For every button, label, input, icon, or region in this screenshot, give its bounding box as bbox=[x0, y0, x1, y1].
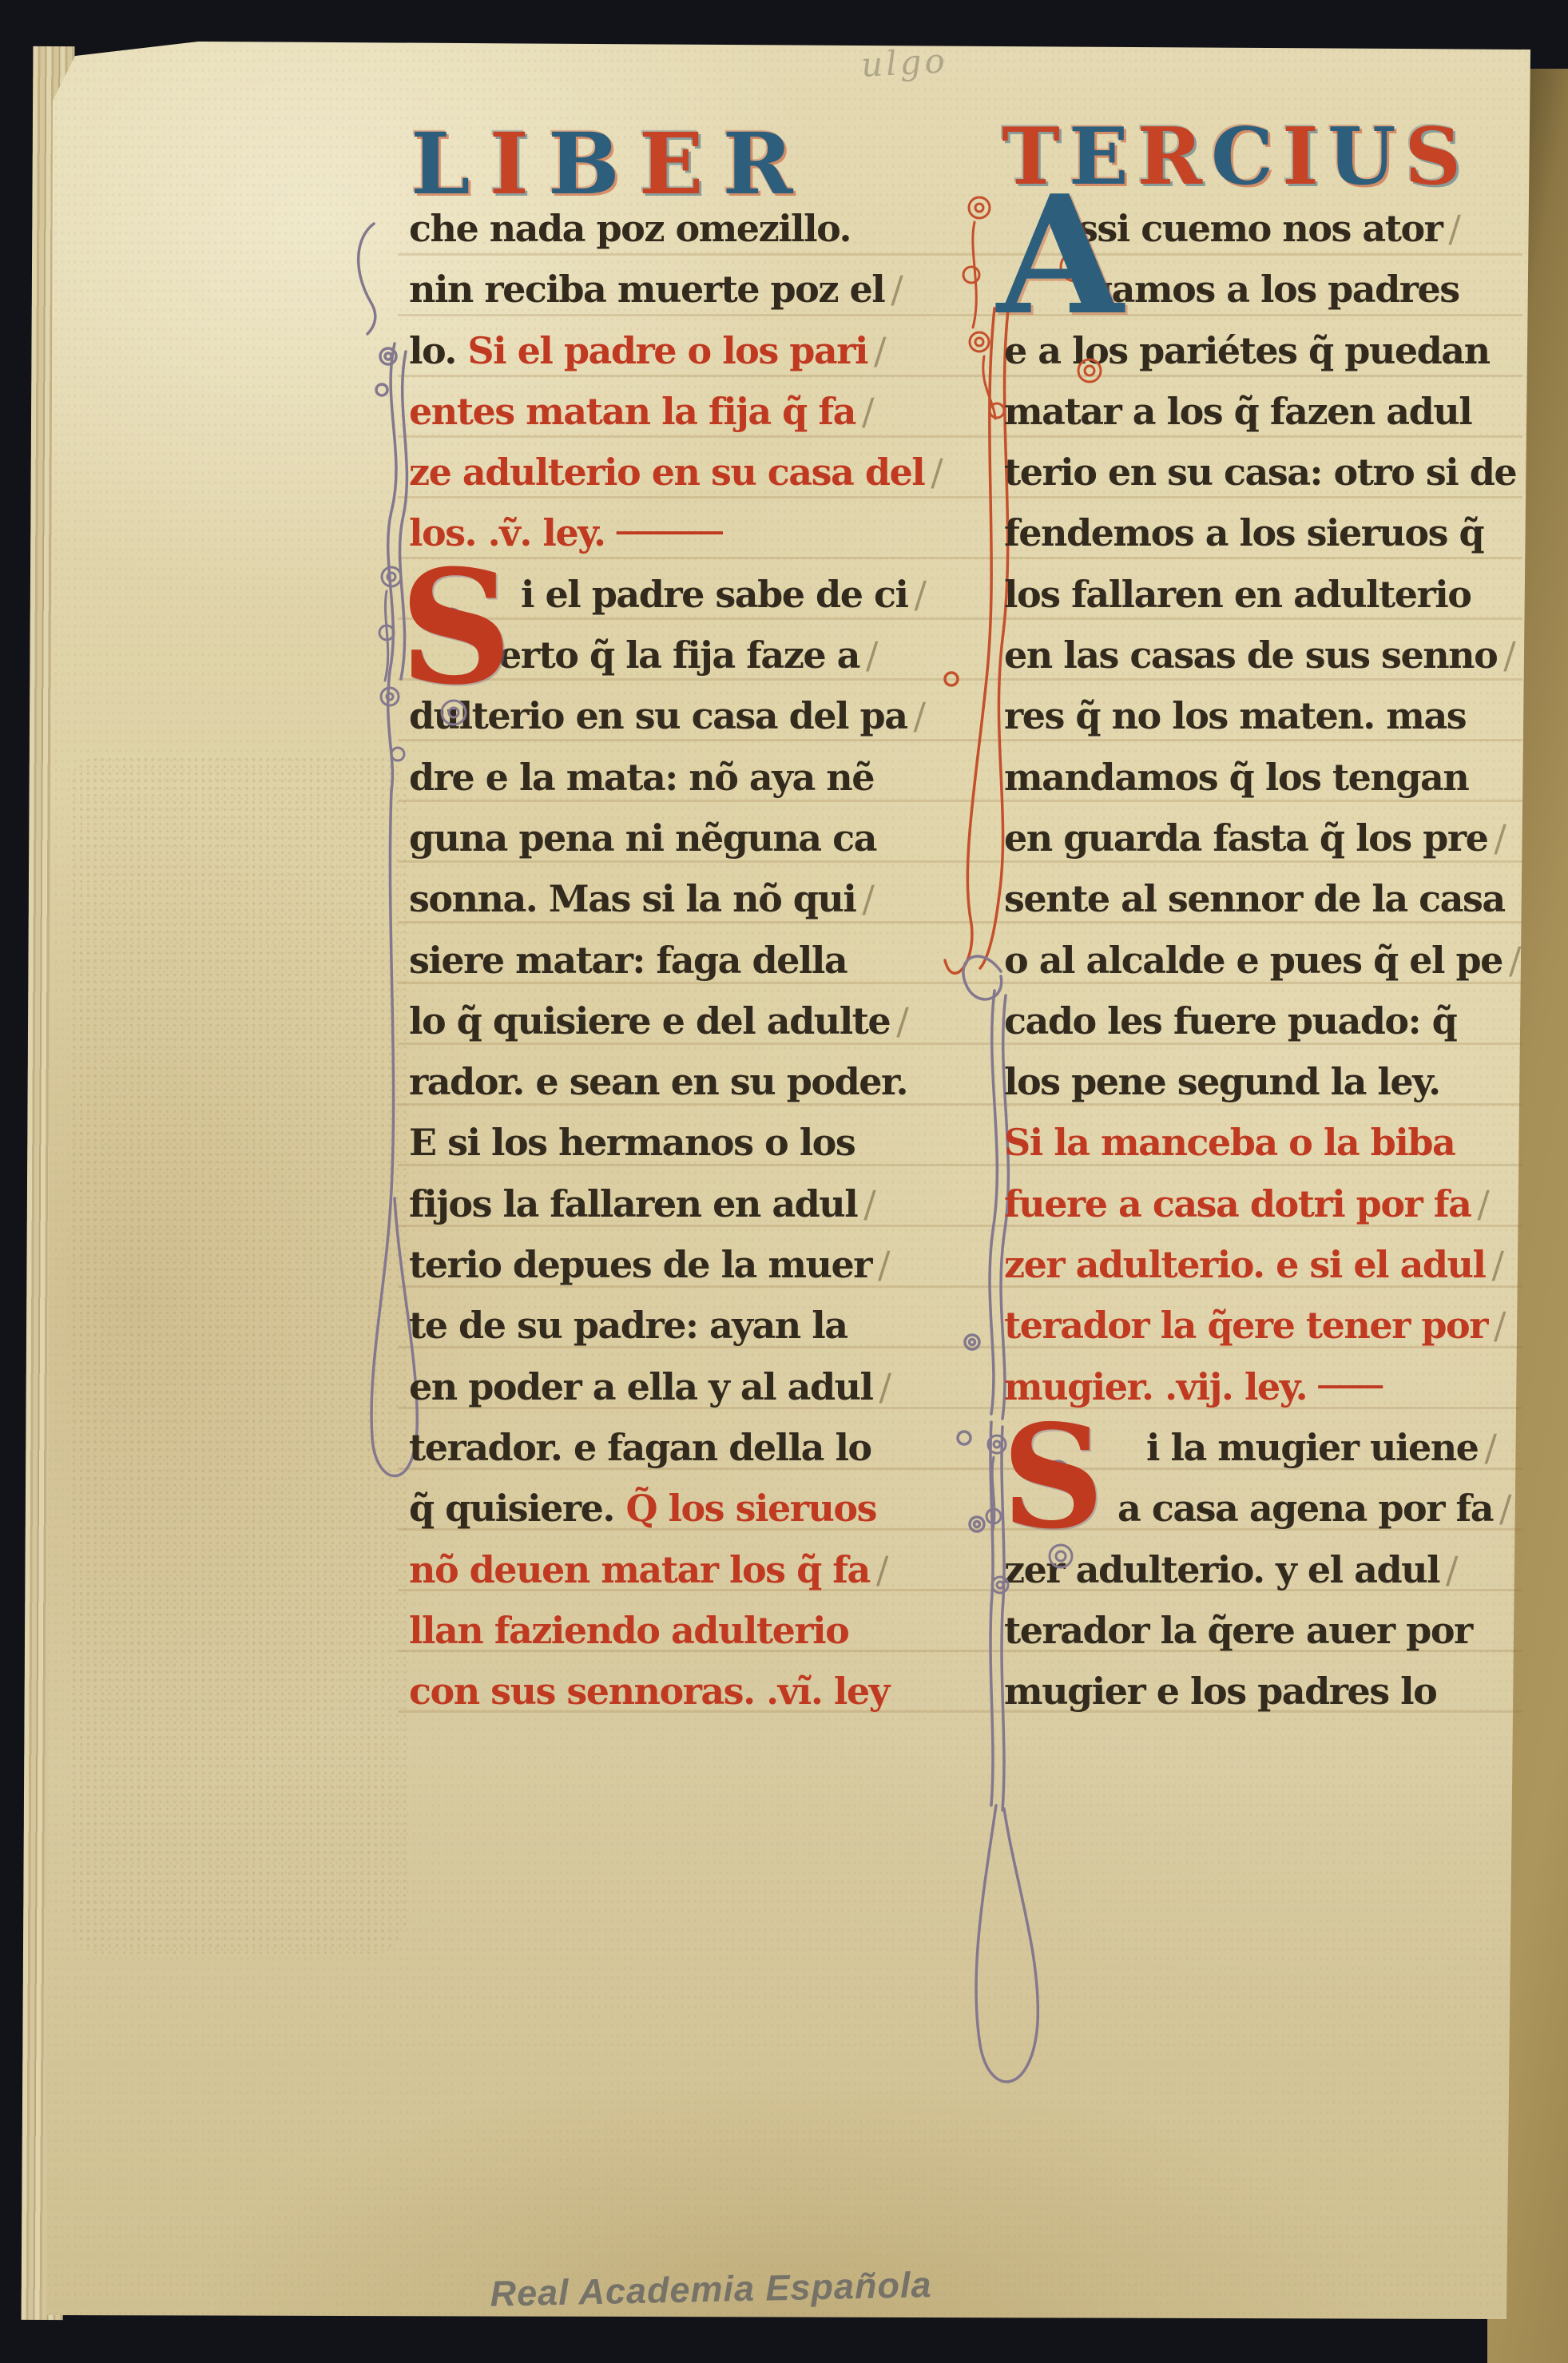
text-segment: lo. bbox=[409, 329, 467, 372]
text-line: fuere a casa dotri por fa/ bbox=[1004, 1174, 1523, 1234]
text-segment: / bbox=[1494, 816, 1505, 860]
text-segment: o al alcalde e pues q̃ el pe bbox=[1004, 939, 1503, 982]
text-segment: Si la manceba o la biba bbox=[1004, 1121, 1455, 1164]
text-segment: / bbox=[866, 633, 877, 677]
text-segment: Q̃ los sieruos bbox=[625, 1487, 876, 1530]
text-line: lo q̃ quisiere e del adulte/ bbox=[409, 991, 932, 1051]
text-segment: q̃ quisiere. bbox=[409, 1487, 625, 1530]
text-segment: nin reciba muerte poz el bbox=[409, 268, 884, 311]
text-line: cado les fuere puado: q̃ bbox=[1004, 991, 1523, 1051]
text-segment: / bbox=[914, 573, 925, 616]
text-line: q̃ quisiere. Q̃ los sieruos bbox=[409, 1478, 932, 1539]
text-line: en las casas de sus senno/ bbox=[1004, 625, 1523, 685]
text-segment: / bbox=[1477, 1182, 1488, 1225]
manuscript-photo: ulgo LIBER TERCIUS bbox=[0, 0, 1568, 2363]
text-segment: los pene segund la ley. bbox=[1004, 1060, 1440, 1103]
text-segment: zer adulterio. e si el adul bbox=[1004, 1243, 1485, 1286]
text-segment: Si el padre o los pari bbox=[467, 329, 867, 372]
text-segment: / bbox=[1484, 1426, 1495, 1469]
text-segment: / bbox=[874, 329, 885, 372]
text-line: che nada poz omezillo. bbox=[409, 198, 932, 259]
text-segment: / bbox=[891, 268, 902, 311]
text-segment: cado les fuere puado: q̃ bbox=[1004, 999, 1456, 1042]
text-segment: sonna. Mas si la nõ qui bbox=[409, 877, 855, 920]
text-segment: con sus sennoras. .vĩ. ley bbox=[409, 1670, 889, 1713]
text-segment: lo q̃ quisiere e del adulte bbox=[409, 999, 890, 1042]
text-segment: / bbox=[1509, 939, 1520, 982]
text-segment: E si los hermanos o los bbox=[409, 1121, 855, 1164]
text-line: con sus sennoras. .vĩ. ley bbox=[409, 1661, 932, 1722]
text-line: fendemos a los sieruos q̃ bbox=[1004, 502, 1523, 563]
text-line: mandamos q̃ los tengan bbox=[1004, 747, 1523, 808]
text-segment: res q̃ no los maten. mas bbox=[1004, 694, 1466, 737]
text-line: los fallaren en adulterio bbox=[1004, 564, 1523, 625]
text-segment: / bbox=[1499, 1487, 1510, 1530]
text-segment: / bbox=[862, 390, 873, 433]
text-segment: terador. e fagan della lo bbox=[409, 1426, 871, 1469]
text-segment: en las casas de sus senno bbox=[1004, 633, 1497, 677]
text-segment: i el padre sabe de ci bbox=[521, 573, 907, 616]
text-line: fijos la fallaren en adul/ bbox=[409, 1174, 932, 1234]
text-line: mugier e los padres lo bbox=[1004, 1661, 1523, 1722]
text-line: Si la manceba o la biba bbox=[1004, 1112, 1523, 1173]
initial-letter: S bbox=[1002, 1406, 1105, 1548]
text-segment: che nada poz omezillo. bbox=[409, 207, 851, 250]
text-line: E si los hermanos o los bbox=[409, 1112, 932, 1173]
text-line: siere matar: faga della bbox=[409, 930, 932, 991]
heading-letter: B bbox=[548, 121, 620, 206]
heading-letter: R bbox=[723, 121, 793, 206]
chapter-heading-liber: LIBER bbox=[411, 121, 793, 206]
text-segment: en guarda fasta q̃ los pre bbox=[1004, 816, 1487, 860]
text-segment: / bbox=[879, 1365, 891, 1408]
decorated-initial-s-left: S bbox=[377, 545, 521, 800]
text-segment: / bbox=[1491, 1243, 1503, 1286]
decorated-initial-s-right: S bbox=[984, 1404, 1144, 1628]
text-segment: fuere a casa dotri por fa bbox=[1004, 1182, 1471, 1225]
text-segment: / bbox=[896, 999, 907, 1042]
text-segment: mugier e los padres lo bbox=[1004, 1670, 1436, 1713]
folio-annotation: ulgo bbox=[860, 41, 949, 85]
text-segment: llan faziendo adulterio bbox=[409, 1609, 848, 1652]
text-line: los pene segund la ley. bbox=[1004, 1051, 1523, 1112]
text-line: o al alcalde e pues q̃ el pe/ bbox=[1004, 930, 1523, 991]
text-line: sente al sennor de la casa bbox=[1004, 868, 1523, 929]
text-line: zer adulterio. e si el adul/ bbox=[1004, 1234, 1523, 1295]
text-line: res q̃ no los maten. mas bbox=[1004, 685, 1523, 746]
text-line: entes matan la fija q̃ fa/ bbox=[409, 381, 932, 442]
text-line: llan faziendo adulterio bbox=[409, 1600, 932, 1661]
text-column-left: che nada poz omezillo.nin reciba muerte … bbox=[409, 198, 932, 1722]
text-segment: terio depues de la muer bbox=[409, 1243, 871, 1286]
heading-letter: I bbox=[1282, 118, 1319, 197]
text-line: terador. e fagan della lo bbox=[409, 1417, 932, 1478]
text-segment: en poder a ella y al adul bbox=[409, 1365, 873, 1408]
initial-letter: S bbox=[399, 550, 513, 706]
text-segment: mandamos q̃ los tengan bbox=[1004, 756, 1468, 799]
text-segment: los fallaren en adulterio bbox=[1004, 573, 1471, 616]
text-segment: terador la q̃ere tener por bbox=[1004, 1304, 1487, 1347]
text-line: lo. Si el padre o los pari/ bbox=[409, 320, 932, 381]
heading-letter: S bbox=[1404, 118, 1461, 197]
text-segment: nõ deuen matar los q̃ fa bbox=[409, 1548, 870, 1591]
text-segment: rador. e sean en su poder. bbox=[409, 1060, 907, 1103]
text-segment: fendemos a los sieruos q̃ bbox=[1004, 511, 1483, 554]
decorated-initial-a-right: A bbox=[955, 171, 1155, 490]
text-segment: / bbox=[931, 451, 942, 494]
text-segment: entes matan la fija q̃ fa bbox=[409, 390, 855, 433]
text-line: guna pena ni nẽguna ca bbox=[409, 808, 932, 868]
text-segment: / bbox=[914, 694, 925, 737]
text-segment: ze adulterio en su casa del bbox=[409, 451, 924, 494]
initial-letter: A bbox=[997, 174, 1123, 337]
text-segment: fijos la fallaren en adul bbox=[409, 1182, 857, 1225]
text-segment: guna pena ni nẽguna ca bbox=[409, 816, 876, 860]
text-line: ze adulterio en su casa del/ bbox=[409, 442, 932, 502]
text-segment: a casa agena por fa bbox=[1117, 1487, 1493, 1530]
heading-letter: C bbox=[1211, 118, 1273, 197]
heading-letter: L bbox=[411, 121, 470, 206]
text-segment: / bbox=[863, 1182, 875, 1225]
text-line: en guarda fasta q̃ los pre/ bbox=[1004, 808, 1523, 868]
text-segment: / bbox=[1503, 633, 1514, 677]
text-segment: erto q̃ la fija faze a bbox=[498, 633, 859, 677]
text-line: terio depues de la muer/ bbox=[409, 1234, 932, 1295]
text-line: sonna. Mas si la nõ qui/ bbox=[409, 868, 932, 929]
text-segment: / bbox=[878, 1243, 889, 1286]
heading-letter: U bbox=[1328, 118, 1395, 197]
text-segment: / bbox=[1448, 207, 1459, 250]
text-segment: sente al sennor de la casa bbox=[1004, 877, 1505, 920]
text-segment: / bbox=[1494, 1304, 1505, 1347]
heading-letter: E bbox=[639, 121, 704, 206]
text-line: terador la q̃ere tener por/ bbox=[1004, 1295, 1523, 1356]
text-segment: i la mugier uiene bbox=[1146, 1426, 1478, 1469]
text-segment: / bbox=[876, 1548, 887, 1591]
heading-letter: I bbox=[490, 121, 530, 206]
text-segment: / bbox=[862, 877, 873, 920]
text-segment: siere matar: faga della bbox=[409, 939, 847, 982]
text-line: te de su padre: ayan la bbox=[409, 1295, 932, 1356]
text-line: nin reciba muerte poz el/ bbox=[409, 259, 932, 320]
text-line: en poder a ella y al adul/ bbox=[409, 1356, 932, 1417]
text-line: rador. e sean en su poder. bbox=[409, 1051, 932, 1112]
text-segment: / bbox=[1446, 1548, 1457, 1591]
text-segment: te de su padre: ayan la bbox=[409, 1304, 848, 1347]
text-line: nõ deuen matar los q̃ fa/ bbox=[409, 1539, 932, 1600]
